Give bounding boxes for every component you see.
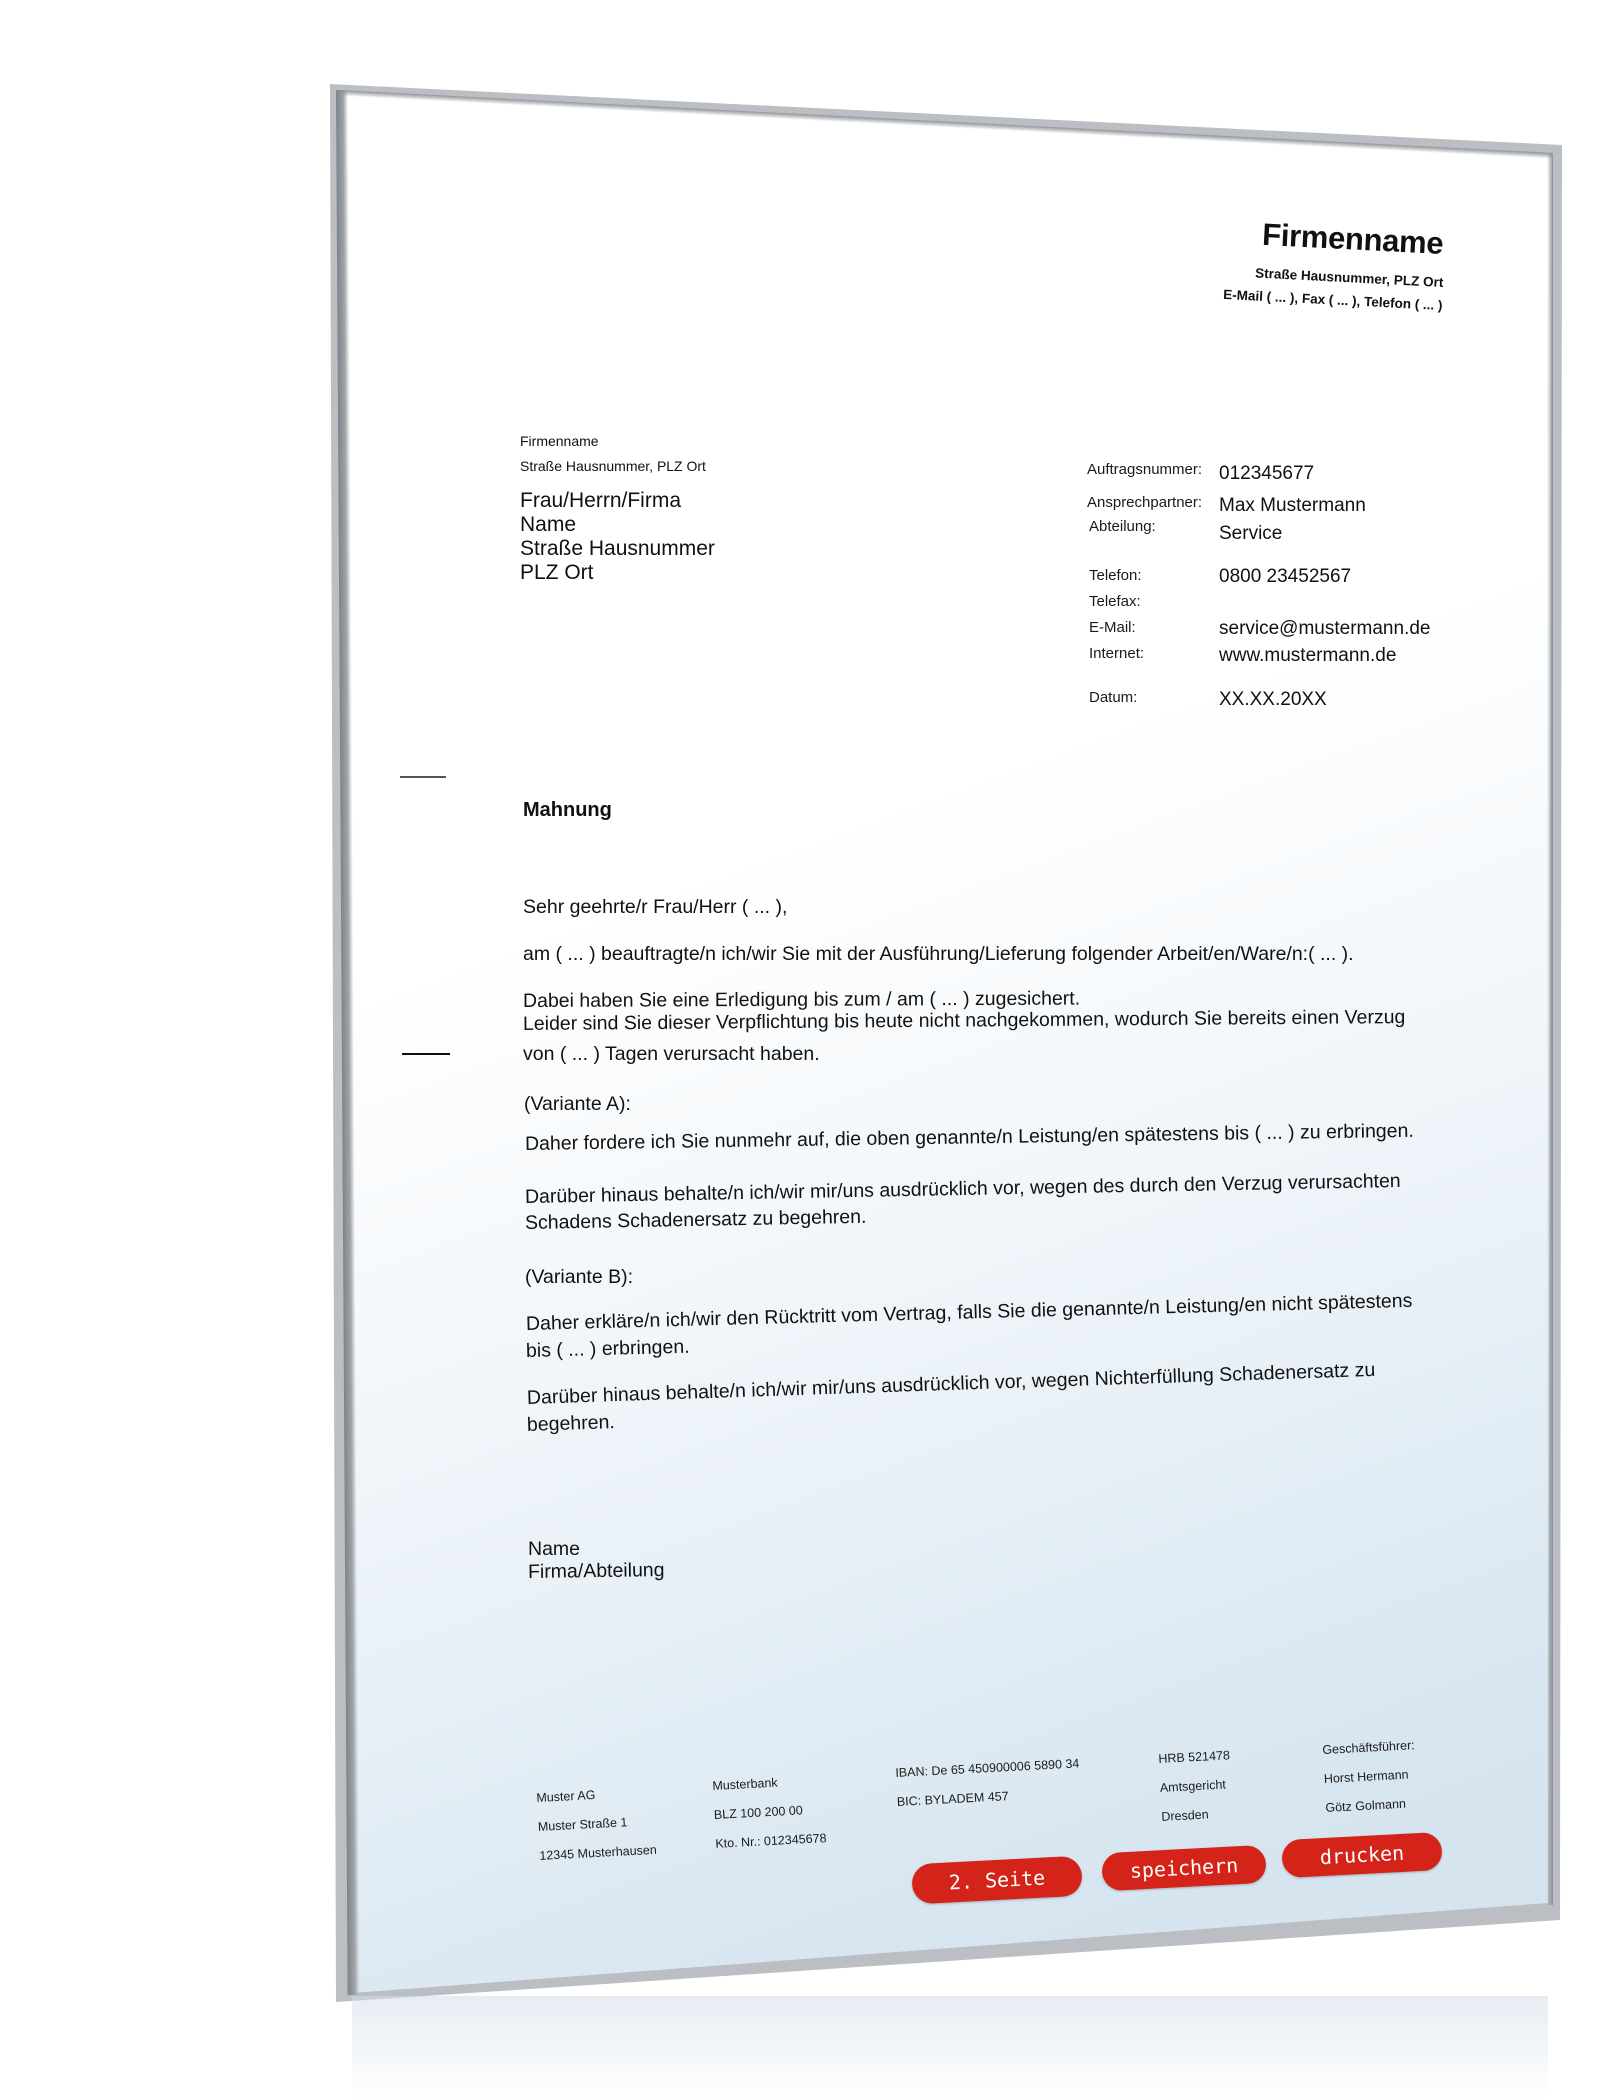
variant-b-heading: (Variante B): [525,1266,633,1289]
subject-line: Mahnung [523,799,612,822]
info-label: Ansprechpartner: [1087,494,1202,511]
footer-line: Amtsgericht [1160,1777,1233,1810]
footer-line: HRB 521478 [1158,1748,1231,1781]
fold-mark [400,776,446,778]
recipient-line: Frau/Herrn/Firma [520,489,715,513]
second-page-button[interactable]: 2. Seite [911,1856,1083,1905]
info-label: E-Mail: [1089,619,1136,636]
salutation: Sehr geehrte/r Frau/Herr ( ... ), [523,896,787,919]
body-paragraph: Darüber hinaus behalte/n ich/wir mir/uns… [527,1359,1376,1410]
variant-a-heading: (Variante A): [524,1093,631,1116]
info-label: Abteilung: [1089,518,1156,535]
recipient-line: Name [520,513,715,537]
body-paragraph: Schadens Schadenersatz zu begehren. [525,1206,867,1235]
contact-person: Max Mustermann [1219,495,1366,517]
sender-name: Firmenname [520,433,599,449]
body-paragraph: Daher erkläre/n ich/wir den Rücktritt vo… [526,1290,1413,1336]
document-preview: Firmenname Straße Hausnummer, PLZ Ort E-… [0,0,1600,2100]
info-label: Internet: [1089,645,1144,662]
body-paragraph: begehren. [527,1411,616,1437]
letter-content: Firmenname Straße Hausnummer, PLZ Ort E-… [0,0,1600,2100]
info-label: Datum: [1089,689,1137,706]
company-name: Firmenname [1261,217,1444,262]
info-label: Telefax: [1089,593,1141,610]
signature-name: Name [528,1538,580,1561]
company-address: Straße Hausnummer, PLZ Ort [1255,265,1444,290]
signature-department: Firma/Abteilung [528,1559,665,1584]
recipient-address: Frau/Herrn/Firma Name Straße Hausnummer … [520,489,715,585]
company-contact: E-Mail ( ... ), Fax ( ... ), Telefon ( .… [1223,287,1443,313]
save-button[interactable]: speichern [1101,1845,1267,1892]
date: XX.XX.20XX [1219,689,1327,711]
footer-line: Götz Golmann [1325,1796,1419,1830]
footer-iban: IBAN: De 65 450900006 5890 34 BIC: BYLAD… [895,1756,1082,1824]
footer-management: Geschäftsführer: Horst Hermann Götz Golm… [1322,1738,1419,1830]
sender-address: Straße Hausnummer, PLZ Ort [520,458,706,474]
info-label: Telefon: [1089,567,1142,584]
body-paragraph: Daher fordere ich Sie nunmehr auf, die o… [525,1120,1414,1156]
phone-number: 0800 23452567 [1219,566,1351,588]
order-number: 012345677 [1219,463,1314,485]
body-paragraph: am ( ... ) beauftragte/n ich/wir Sie mit… [523,943,1354,966]
recipient-line: Straße Hausnummer [520,537,715,561]
body-paragraph: von ( ... ) Tagen verursacht haben. [523,1043,820,1066]
website: www.mustermann.de [1219,645,1396,667]
body-paragraph: bis ( ... ) erbringen. [526,1336,690,1363]
recipient-line: PLZ Ort [520,561,715,585]
footer-registry: HRB 521478 Amtsgericht Dresden [1158,1748,1234,1839]
email-address: service@mustermann.de [1219,618,1430,640]
info-label: Auftragsnummer: [1087,461,1202,478]
print-button[interactable]: drucken [1281,1832,1443,1878]
footer-line: Dresden [1161,1806,1234,1839]
footer-line: Kto. Nr.: 012345678 [715,1831,828,1866]
body-paragraph: Darüber hinaus behalte/n ich/wir mir/uns… [525,1170,1401,1209]
footer-company: Muster AG Muster Straße 1 12345 Musterha… [536,1785,658,1878]
department: Service [1219,523,1282,545]
footer-bank: Musterbank BLZ 100 200 00 Kto. Nr.: 0123… [712,1773,828,1866]
punch-mark [402,1053,450,1055]
footer-line: 12345 Musterhausen [539,1843,658,1878]
